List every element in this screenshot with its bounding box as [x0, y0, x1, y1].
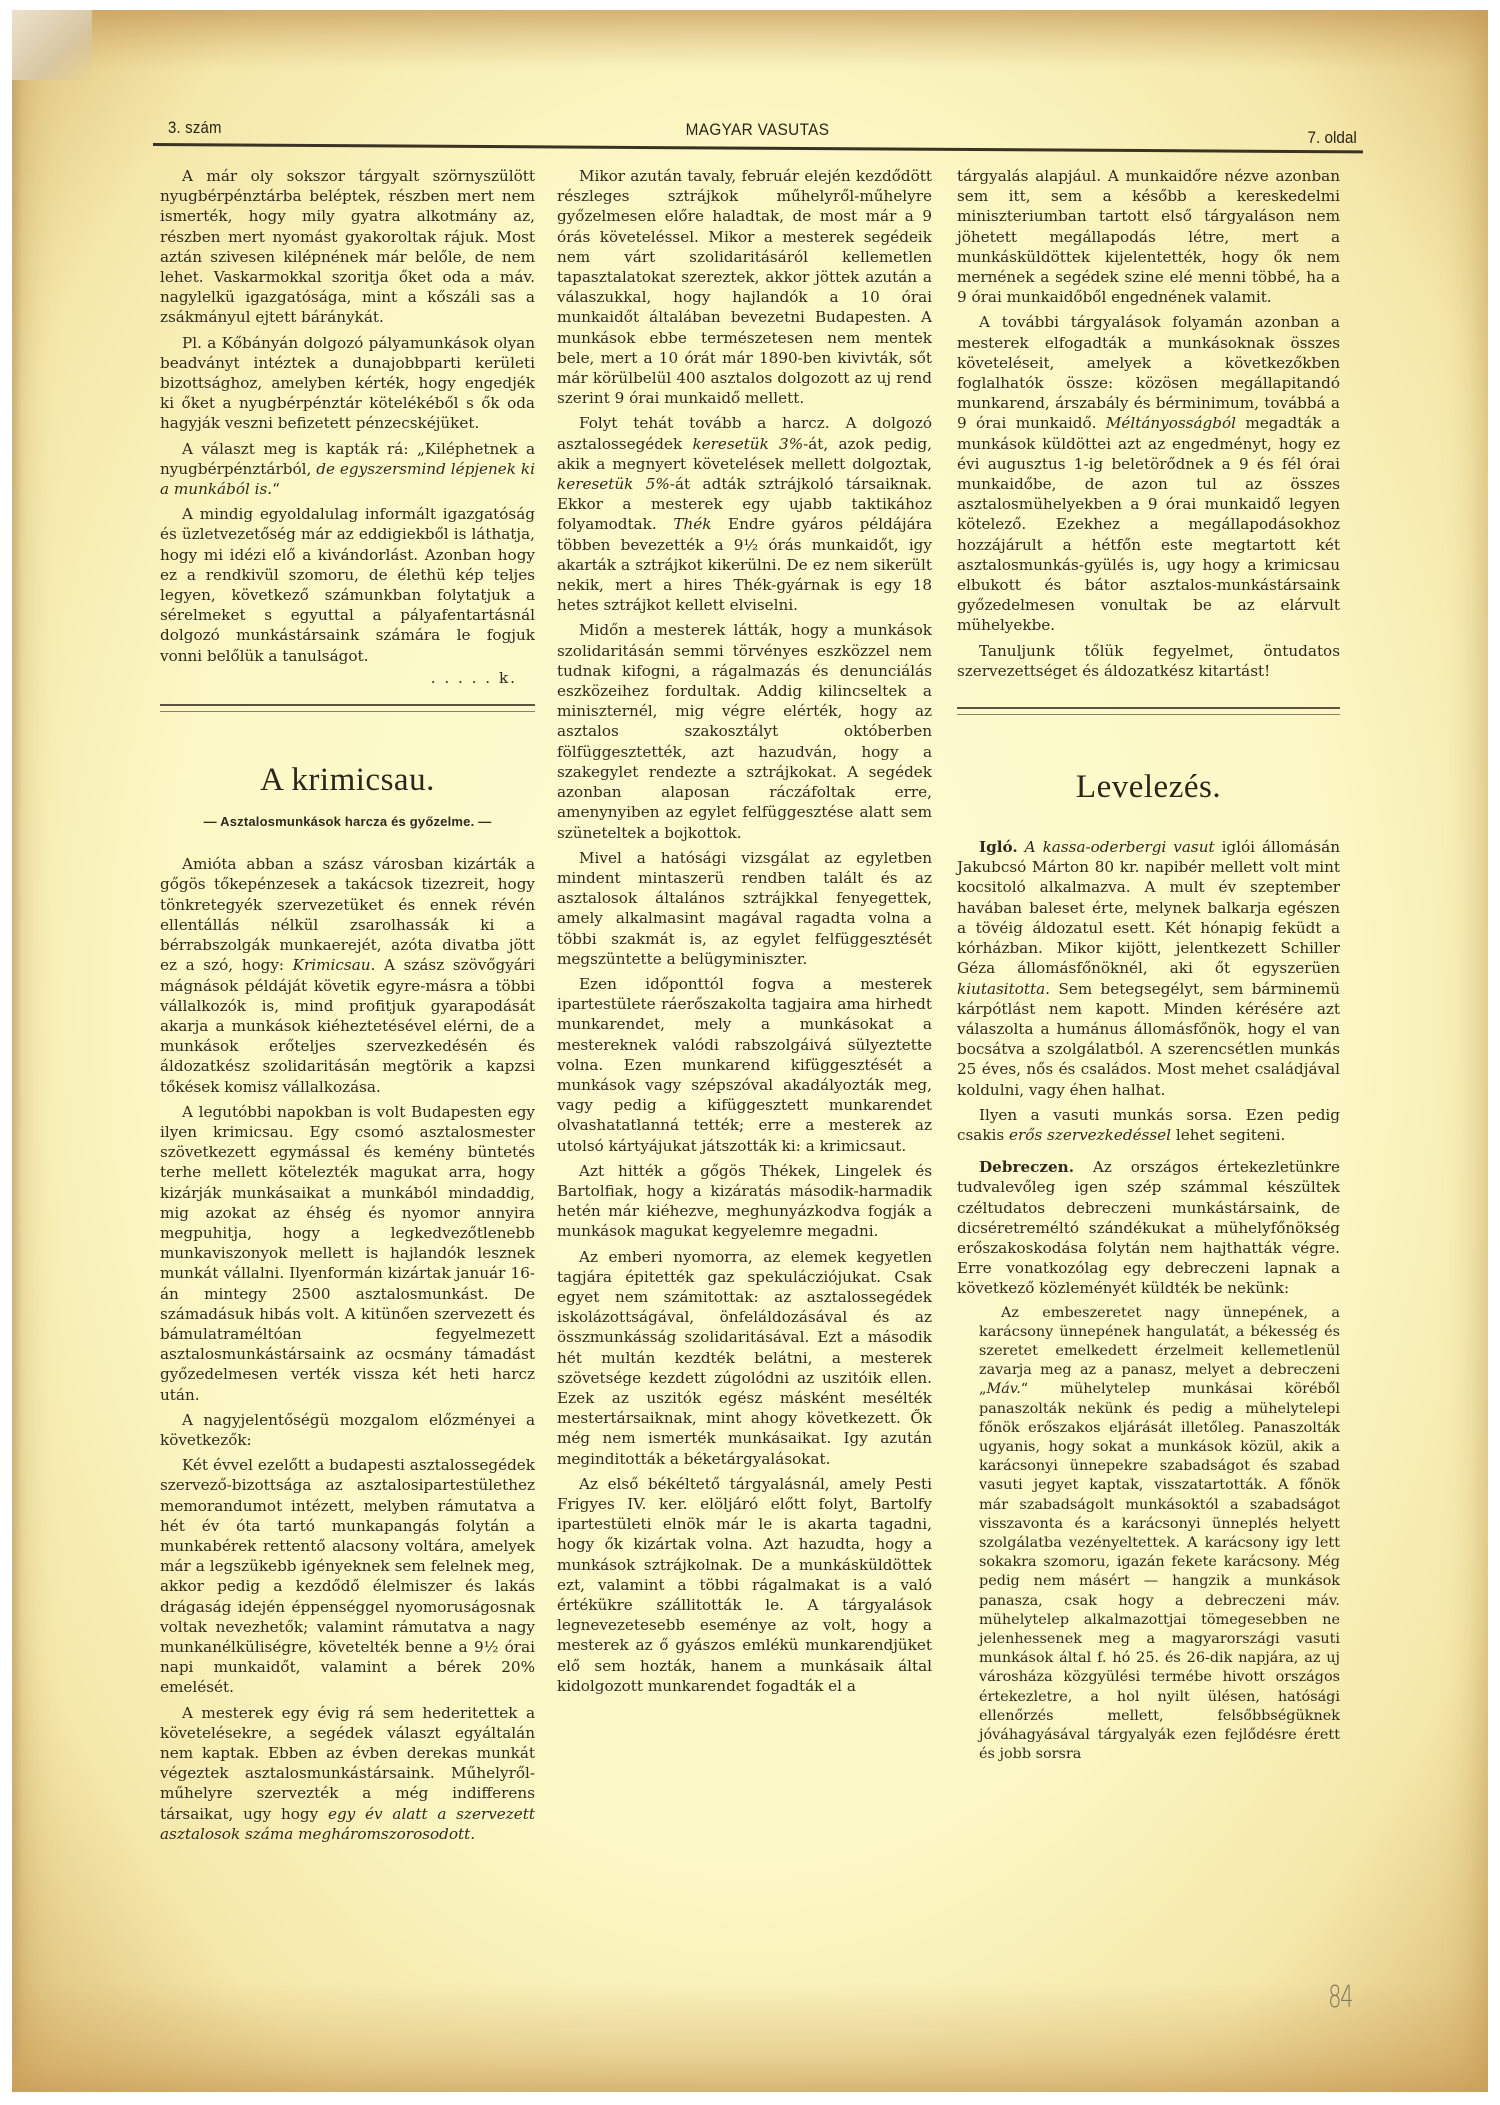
page-number: 7. oldal	[1308, 128, 1357, 148]
place-name: Debreczen.	[979, 1158, 1074, 1176]
paragraph: A mesterek egy évig rá sem hederitettek …	[160, 1703, 535, 1844]
letter-debreczen: Debreczen. Az országos értekezletünkre t…	[957, 1157, 1340, 1298]
paragraph: Az első békéltető tárgyalásnál, amely Pe…	[557, 1474, 932, 1696]
paragraph: Ilyen a vasuti munkás sorsa. Ezen pedig …	[957, 1105, 1340, 1145]
letter-iglo: Igló. A kassa-oderbergi vasut iglói állo…	[957, 837, 1340, 1100]
paragraph: Két évvel ezelőtt a budapesti asztalosse…	[160, 1455, 535, 1697]
paragraph: A további tárgyalások folyamán azonban a…	[957, 312, 1340, 635]
paragraph: Tanuljunk tőlük fegyelmet, öntudatos sze…	[957, 641, 1340, 681]
paragraph: tárgyalás alapjául. A munkaidőre nézve a…	[957, 166, 1340, 307]
reply-paragraph: A választ meg is kapták rá: „Kiléphetnek…	[160, 439, 535, 500]
article-subheadline: — Asztalosmunkások harcza és győzelme. —	[160, 812, 535, 832]
section-divider	[160, 704, 535, 712]
page-edge-shadow	[12, 60, 22, 2060]
paragraph: Ezen időponttól fogva a mesterek ipartes…	[557, 974, 932, 1156]
paragraph: A már oly sokszor tárgyalt szörnyszülött…	[160, 166, 535, 328]
quote-paragraph: Az embeszeretet nagy ünnepének, a karács…	[979, 1304, 1340, 1765]
author-signature: . . . . . k.	[160, 668, 535, 688]
column-1: A már oly sokszor tárgyalt szörnyszülött…	[160, 166, 535, 1849]
column-2: Mikor azután tavaly, február elején kezd…	[557, 166, 932, 1701]
place-name: Igló.	[979, 838, 1018, 856]
handwritten-margin-note: 84	[1328, 1980, 1352, 2015]
newspaper-title: MAGYAR VASUTAS	[211, 120, 1305, 140]
section-divider	[957, 707, 1340, 715]
paragraph: Amióta abban a szász városban kizárták a…	[160, 854, 535, 1096]
paragraph: Mikor azután tavaly, február elején kezd…	[557, 166, 932, 408]
paragraph: Az emberi nyomorra, az elemek kegyetlen …	[557, 1247, 932, 1469]
paragraph: A mindig egyoldalulag informált igazgató…	[160, 504, 535, 666]
section-headline: Levelezés.	[957, 767, 1340, 807]
paragraph: Pl. a Kőbányán dolgozó pályamunkások oly…	[160, 333, 535, 434]
article-headline: A krimicsau.	[160, 760, 535, 800]
paragraph: Folyt tehát tovább a harcz. A dolgozó as…	[557, 413, 932, 615]
column-3: tárgyalás alapjául. A munkaidőre nézve a…	[957, 166, 1340, 1769]
paragraph: A legutóbbi napokban is volt Budapesten …	[160, 1102, 535, 1405]
paragraph: Mivel a hatósági vizsgálat az egyletben …	[557, 848, 932, 969]
paragraph: Azt hitték a gőgös Thékek, Lingelek és B…	[557, 1161, 932, 1242]
paragraph: A nagyjelentőségü mozgalom előzményei a …	[160, 1410, 535, 1450]
torn-corner	[12, 10, 92, 80]
paragraph: Midőn a mesterek látták, hogy a munkások…	[557, 620, 932, 842]
quoted-article: Az embeszeretet nagy ünnepének, a karács…	[957, 1304, 1340, 1765]
